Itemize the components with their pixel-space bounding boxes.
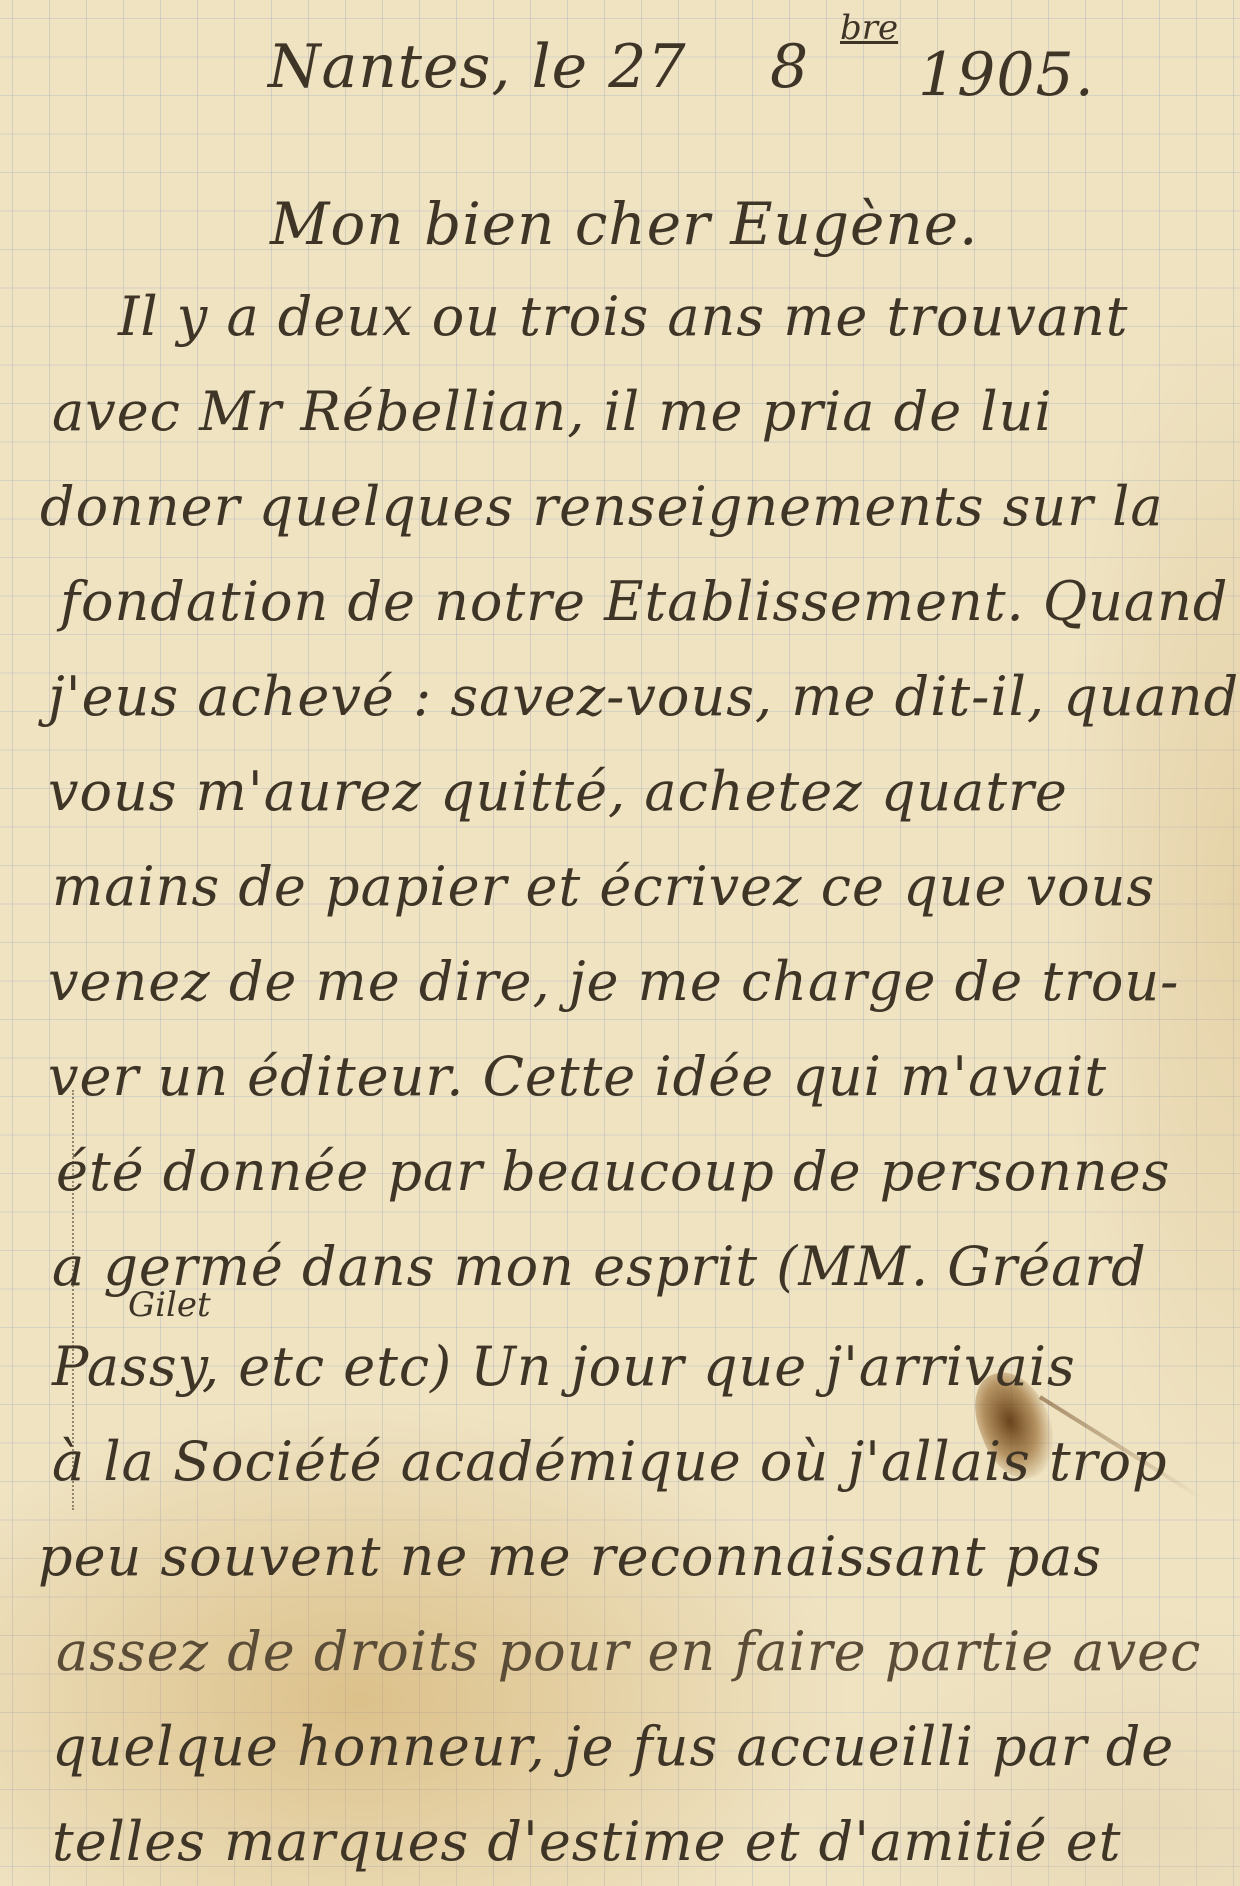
body-line-5: j'eus achevé : savez-vous, me dit-il, qu… xyxy=(48,665,1239,728)
body-line-17: telles marques d'estime et d'amitié et xyxy=(52,1810,1121,1873)
body-line-8: venez de me dire, je me charge de trou- xyxy=(48,950,1179,1013)
body-line-4: fondation de notre Etablissement. Quand xyxy=(60,570,1228,633)
ruled-paper-sheet xyxy=(0,0,1240,1886)
interlinear-insertion: Gilet xyxy=(128,1285,211,1325)
body-line-15: assez de droits pour en faire partie ave… xyxy=(56,1620,1201,1683)
year: 1905. xyxy=(918,40,1095,110)
month-number: 8 xyxy=(770,32,809,102)
body-line-3: donner quelques renseignements sur la xyxy=(40,475,1164,538)
body-line-1: Il y a deux ou trois ans me trouvant xyxy=(118,285,1129,348)
body-line-16: quelque honneur, je fus accueilli par de xyxy=(52,1715,1174,1778)
body-line-9: ver un éditeur. Cette idée qui m'avait xyxy=(48,1045,1107,1108)
body-line-10: été donnée par beaucoup de personnes xyxy=(56,1140,1170,1203)
body-line-12: Passy, etc etc) Un jour que j'arrivais xyxy=(52,1335,1076,1398)
body-line-7: mains de papier et écrivez ce que vous xyxy=(52,855,1155,918)
body-line-2: avec Mr Rébellian, il me pria de lui xyxy=(52,380,1053,443)
body-line-11: a germé dans mon esprit (MM. Gréard xyxy=(52,1235,1147,1298)
body-line-6: vous m'aurez quitté, achetez quatre xyxy=(48,760,1068,823)
body-line-13: à la Société académique où j'allais trop xyxy=(52,1430,1168,1493)
body-line-14: peu souvent ne me reconnaissant pas xyxy=(38,1525,1102,1588)
month-superscript: bre xyxy=(840,8,898,48)
salutation: Mon bien cher Eugène. xyxy=(270,190,978,258)
place-date: Nantes, le 27 xyxy=(268,32,687,102)
